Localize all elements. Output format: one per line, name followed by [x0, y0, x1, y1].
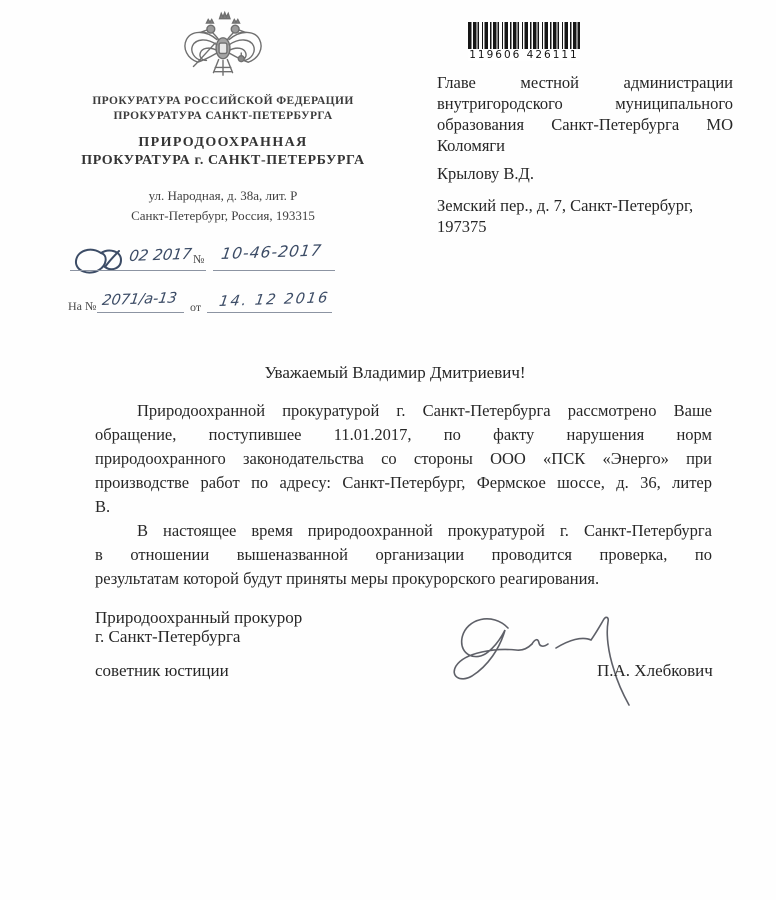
body-line: В.: [95, 495, 712, 519]
handwritten-outgoing-date: 02 2017: [128, 245, 193, 265]
handwritten-incoming-date: 14. 12 2016: [218, 290, 331, 310]
org-address-line1: ул. Народная, д. 38а, лит. Р: [58, 186, 388, 206]
org-name-line4: ПРОКУРАТУРА г. САНКТ-ПЕТЕРБУРГА: [58, 152, 388, 170]
signatory-name: П.А. Хлебкович: [597, 661, 713, 681]
body-line: В настоящее время природоохранной прокур…: [95, 519, 712, 543]
ruled-line: [213, 270, 335, 271]
from-label: от: [190, 300, 201, 315]
ruled-line: [207, 312, 332, 313]
body-line: в отношении вышеназванной организации пр…: [95, 543, 712, 567]
handwritten-outgoing-number: 10-46-2017: [220, 242, 323, 263]
recipient-line: внутригородского муниципального: [437, 93, 733, 114]
recipient-name: Крылову В.Д.: [437, 163, 733, 184]
recipient-line: Коломяги: [437, 135, 733, 156]
body-line: результатам которой будут приняты меры п…: [95, 567, 712, 591]
ruled-line: [70, 270, 206, 271]
body-line: природоохранного законодательства со сто…: [95, 447, 712, 471]
signatory-title-line1: Природоохранный прокурор: [95, 608, 302, 627]
number-sign-label: №: [193, 252, 204, 267]
recipient-line: образования Санкт-Петербурга МО: [437, 114, 733, 135]
handwritten-registration-mark: [70, 244, 128, 282]
signatory-rank: советник юстиции: [95, 661, 302, 680]
ruled-line: [97, 312, 184, 313]
paragraph-2: В настоящее время природоохранной прокур…: [95, 519, 712, 591]
barcode-digits: 119606 426111: [468, 49, 580, 61]
body-line: обращение, поступившее 11.01.2017, по фа…: [95, 423, 712, 447]
recipient-block: Главе местной администрации внутригородс…: [437, 72, 733, 237]
barcode: 119606 426111: [468, 22, 580, 61]
signatory-title-line2: г. Санкт-Петербурга: [95, 627, 302, 646]
signatory-titles: Природоохранный прокурор г. Санкт-Петерб…: [95, 608, 302, 680]
recipient-address-line1: Земский пер., д. 7, Санкт-Петербург,: [437, 195, 733, 216]
body-line: Природоохранной прокуратурой г. Санкт-Пе…: [95, 399, 712, 423]
recipient-address-line2: 197375: [437, 216, 733, 237]
recipient-line: Главе местной администрации: [437, 72, 733, 93]
handwritten-incoming-number: 2071/а-13: [101, 290, 178, 309]
letter-body: Природоохранной прокуратурой г. Санкт-Пе…: [95, 399, 712, 591]
salutation: Уважаемый Владимир Дмитриевич!: [95, 363, 695, 383]
coat-of-arms-eagle-icon: [175, 10, 271, 90]
body-line: производстве работ по адресу: Санкт-Пете…: [95, 471, 712, 495]
signature-scribble: [438, 600, 638, 715]
scanned-letter-page: ПРОКУРАТУРА РОССИЙСКОЙ ФЕДЕРАЦИИ ПРОКУРА…: [0, 0, 776, 900]
org-name-line3: ПРИРОДООХРАННАЯ: [58, 134, 388, 152]
paragraph-1: Природоохранной прокуратурой г. Санкт-Пе…: [95, 399, 712, 519]
incoming-ref-label: На №: [68, 299, 96, 314]
org-address-line2: Санкт-Петербург, Россия, 193315: [58, 206, 388, 226]
org-name-line1: ПРОКУРАТУРА РОССИЙСКОЙ ФЕДЕРАЦИИ: [58, 94, 388, 109]
letterhead: ПРОКУРАТУРА РОССИЙСКОЙ ФЕДЕРАЦИИ ПРОКУРА…: [58, 10, 388, 226]
org-name-line2: ПРОКУРАТУРА САНКТ-ПЕТЕРБУРГА: [58, 109, 388, 124]
